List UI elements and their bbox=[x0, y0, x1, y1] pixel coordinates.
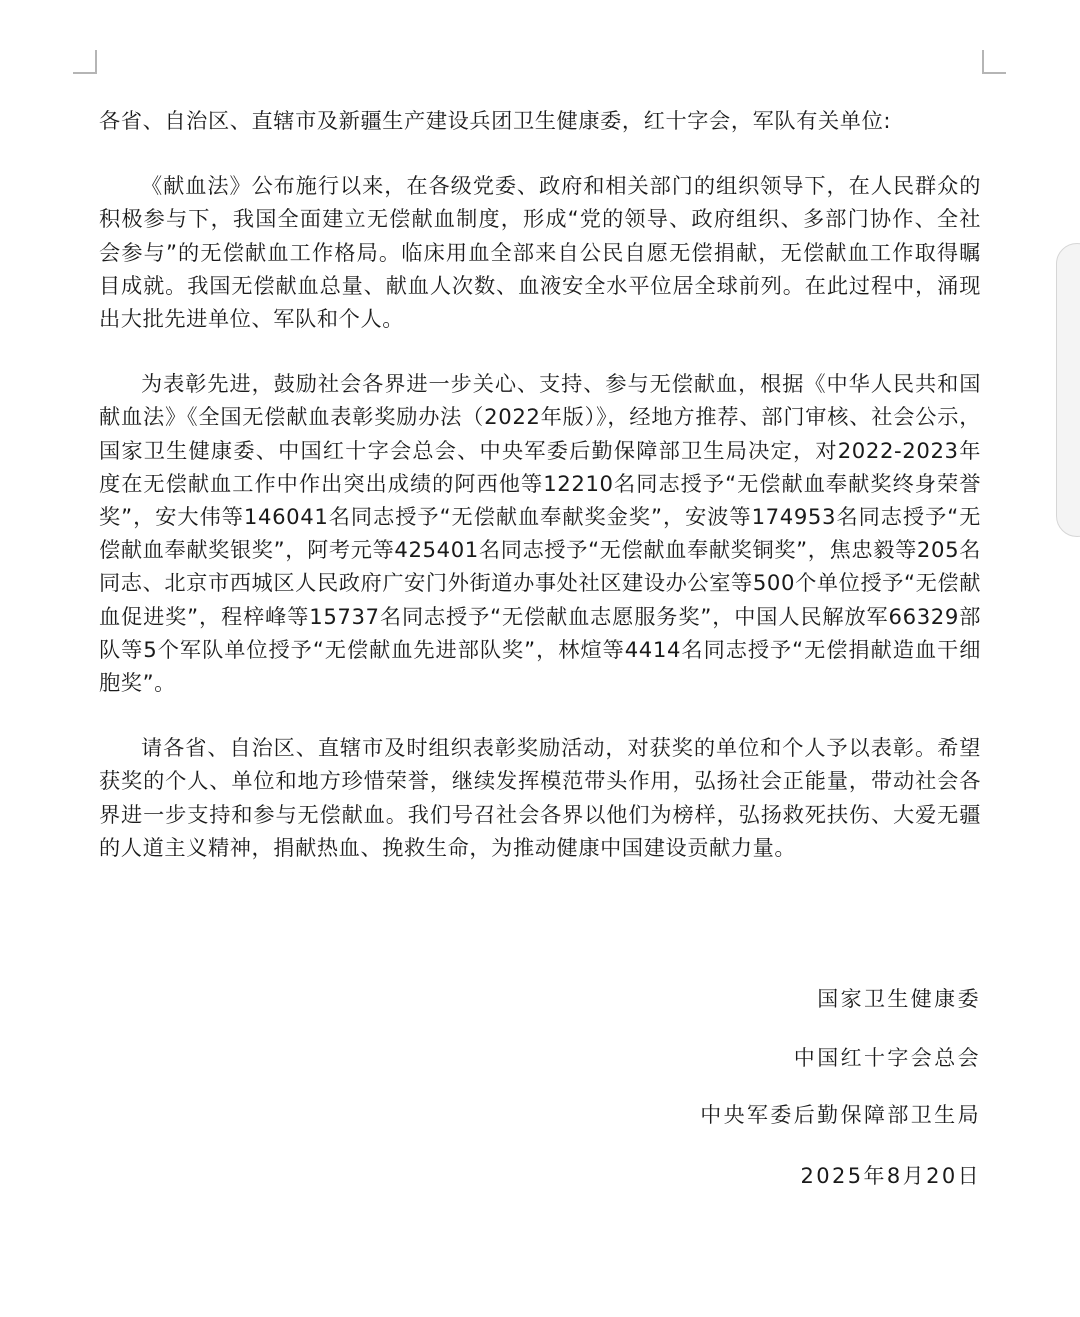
page-corner-mark-top-left bbox=[73, 50, 97, 74]
paragraph-2: 为表彰先进，鼓励社会各界进一步关心、支持、参与无偿献血，根据《中华人民共和国献血… bbox=[99, 367, 981, 699]
document-page: 各省、自治区、直辖市及新疆生产建设兵团卫生健康委，红十字会，军队有关单位: 《献… bbox=[99, 104, 981, 896]
signature-military-health-bureau: 中央军委后勤保障部卫生局 bbox=[700, 1099, 981, 1129]
paragraph-3: 请各省、自治区、直辖市及时组织表彰奖励活动，对获奖的单位和个人予以表彰。希望获奖… bbox=[99, 731, 981, 864]
paragraph-1: 《献血法》公布施行以来，在各级党委、政府和相关部门的组织领导下，在人民群众的积极… bbox=[99, 169, 981, 335]
document-date: 2025年8月20日 bbox=[800, 1160, 981, 1190]
side-panel-handle[interactable] bbox=[1056, 243, 1080, 537]
page-corner-mark-top-right bbox=[982, 50, 1006, 74]
salutation: 各省、自治区、直辖市及新疆生产建设兵团卫生健康委，红十字会，军队有关单位: bbox=[99, 104, 981, 137]
signature-red-cross: 中国红十字会总会 bbox=[794, 1042, 981, 1072]
signature-nhc: 国家卫生健康委 bbox=[817, 983, 981, 1013]
